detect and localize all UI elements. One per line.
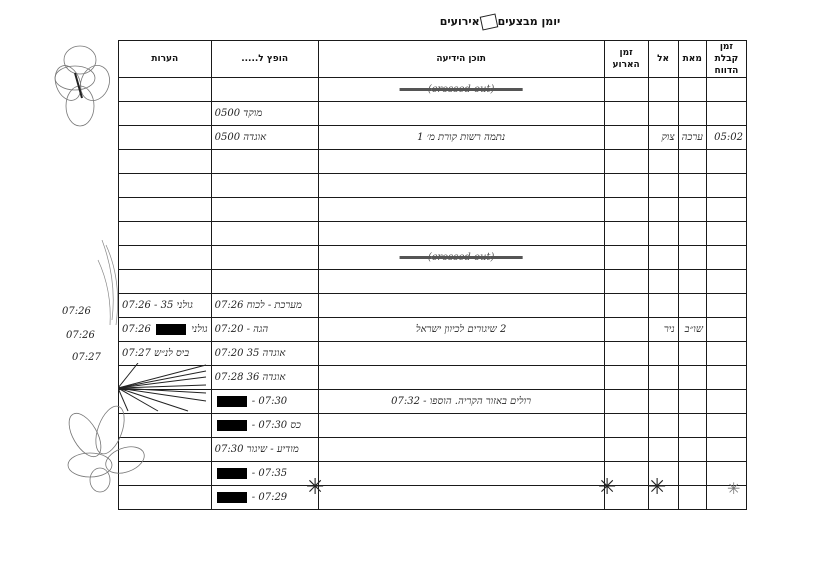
cell-event-time: [604, 174, 648, 198]
cell-from: [678, 246, 706, 270]
x-mark-icon: ✳: [648, 477, 666, 499]
cell-event-time: [604, 198, 648, 222]
table-row: שו״בניר2 שיגורים לכיוון ישראל07:20 - הגה…: [119, 318, 747, 342]
cell-distributed-to: [211, 78, 318, 102]
header-report-time: זמן קבלת הדווח: [706, 41, 746, 78]
cell-event-time: [604, 126, 648, 150]
cell-notes: גולני 35 - 07:26: [119, 294, 212, 318]
cell-report-time: [706, 414, 746, 438]
cell-from: [678, 198, 706, 222]
table-row: ~~~ (crossed out) ~~~: [119, 246, 747, 270]
cell-notes: [119, 78, 212, 102]
cell-from: [678, 366, 706, 390]
cell-from: [678, 102, 706, 126]
cell-distributed-to: [211, 150, 318, 174]
title-text-1: יומן מבצעים: [498, 15, 561, 28]
cell-notes: [119, 270, 212, 294]
redaction-block: [217, 468, 247, 479]
cell-to: [648, 246, 678, 270]
cell-content-text: ~~~ (crossed out) ~~~: [400, 252, 523, 263]
cell-notes: גולני 07:26: [119, 318, 212, 342]
cell-content: [318, 150, 604, 174]
cell-from-text: ערכה: [682, 132, 703, 143]
cell-event-time: [604, 414, 648, 438]
margin-note: 07:27: [72, 352, 101, 363]
cell-event-time: [604, 318, 648, 342]
cell-from: [678, 462, 706, 486]
cell-from: [678, 438, 706, 462]
cell-content: [318, 102, 604, 126]
cell-distributed-to-text: 07:28 אוגדה 36: [215, 372, 286, 383]
cell-distributed-to: - 07:30: [211, 390, 318, 414]
cell-content: נתמה רשות קורת מ׳ 1: [318, 126, 604, 150]
cell-from: [678, 390, 706, 414]
cell-event-time: [604, 270, 648, 294]
table-row: מוקד 0500: [119, 102, 747, 126]
x-mark-icon: ✳: [306, 477, 324, 499]
cell-distributed-to: [211, 246, 318, 270]
cell-from: שו״ב: [678, 318, 706, 342]
cell-report-time-text: 05:02: [714, 132, 743, 143]
cell-content: [318, 462, 604, 486]
cell-to: [648, 222, 678, 246]
cell-distributed-to-text: 07:20 - הגה: [215, 324, 269, 335]
cell-to: [648, 198, 678, 222]
redaction-block: [217, 492, 247, 503]
cell-to-text: צוק: [661, 132, 674, 143]
page-title: יומן מבצעיםאירועים: [430, 15, 570, 29]
table-row: מערכת - לכוח 07:26גולני 35 - 07:26: [119, 294, 747, 318]
redaction-block: [156, 324, 186, 335]
cell-content: [318, 222, 604, 246]
cell-to: ניר: [648, 318, 678, 342]
cell-content: ~~~ (crossed out) ~~~: [318, 78, 604, 102]
cell-report-time: [706, 390, 746, 414]
table-row: [119, 150, 747, 174]
cell-content: [318, 294, 604, 318]
cell-to: [648, 366, 678, 390]
table-row: רולים באזור הקריה. הוספו - 07:32 - 07:30: [119, 390, 747, 414]
cell-from: [678, 486, 706, 510]
cell-to: [648, 414, 678, 438]
cell-from: [678, 294, 706, 318]
cell-to: [648, 438, 678, 462]
cell-report-time: [706, 222, 746, 246]
cell-distributed-to-text: מוקד 0500: [215, 108, 263, 119]
cell-report-time: [706, 246, 746, 270]
cell-distributed-to: - 07:35: [211, 462, 318, 486]
table-row: - 07:30 כס: [119, 414, 747, 438]
flower-doodle-bottom-icon: [55, 395, 155, 495]
cell-to: [648, 102, 678, 126]
cell-distributed-to: [211, 222, 318, 246]
cell-notes: [119, 126, 212, 150]
table-row: 05:02ערכהצוקנתמה רשות קורת מ׳ 1אוגדה 050…: [119, 126, 747, 150]
cell-report-time: [706, 366, 746, 390]
cell-distributed-to-text: אוגדה 0500: [215, 132, 267, 143]
cell-report-time: [706, 150, 746, 174]
table-row: [119, 174, 747, 198]
x-mark-icon: ✳: [598, 477, 616, 499]
cell-to: [648, 294, 678, 318]
cell-from: [678, 150, 706, 174]
cell-distributed-to: - 07:29: [211, 486, 318, 510]
cell-content: [318, 438, 604, 462]
cell-notes: [119, 222, 212, 246]
cell-event-time: [604, 150, 648, 174]
header-content: תוכן הידיעה: [318, 41, 604, 78]
cell-report-time: [706, 102, 746, 126]
redaction-block: [217, 396, 247, 407]
cell-event-time: [604, 102, 648, 126]
cell-report-time: [706, 78, 746, 102]
table-row: [119, 222, 747, 246]
cell-content-text: נתמה רשות קורת מ׳ 1: [417, 132, 505, 143]
table-row: 07:20 אוגדה 35ביס לנ״ש 07:27: [119, 342, 747, 366]
cell-event-time: [604, 222, 648, 246]
cell-distributed-to: [211, 270, 318, 294]
cell-notes: [119, 102, 212, 126]
header-from: מאת: [678, 41, 706, 78]
cell-from: ערכה: [678, 126, 706, 150]
margin-note: 07:26: [62, 306, 91, 317]
cell-report-time: [706, 294, 746, 318]
cell-content: [318, 198, 604, 222]
margin-note: 07:26: [66, 330, 95, 341]
cell-to: [648, 390, 678, 414]
cell-from: [678, 78, 706, 102]
cell-report-time: [706, 342, 746, 366]
cell-report-time: [706, 318, 746, 342]
table-row: ~~~ (crossed out) ~~~: [119, 78, 747, 102]
cell-distributed-to: מודיע - שיגור 07:30: [211, 438, 318, 462]
cell-distributed-to: 07:28 אוגדה 36: [211, 366, 318, 390]
cell-notes-text: גולני 35 - 07:26: [122, 300, 193, 311]
table-row: [119, 198, 747, 222]
cell-from: [678, 222, 706, 246]
cell-notes: [119, 150, 212, 174]
header-event-time: זמן הארוע: [604, 41, 648, 78]
cell-distributed-to: מוקד 0500: [211, 102, 318, 126]
cell-event-time: [604, 294, 648, 318]
flower-doodle-icon: [50, 38, 120, 133]
cell-notes: ביס לנ״ש 07:27: [119, 342, 212, 366]
cell-content-text: רולים באזור הקריה. הוספו - 07:32: [391, 396, 531, 407]
cell-report-time: [706, 438, 746, 462]
cell-content: 2 שיגורים לכיוון ישראל: [318, 318, 604, 342]
title-text-2: אירועים: [440, 15, 480, 28]
table-row: מודיע - שיגור 07:30: [119, 438, 747, 462]
cell-content: ~~~ (crossed out) ~~~: [318, 246, 604, 270]
triangle-stamp-icon: [479, 13, 498, 30]
cell-content-text: 2 שיגורים לכיוון ישראל: [416, 324, 506, 335]
cell-content: [318, 342, 604, 366]
cell-from: [678, 174, 706, 198]
cell-distributed-to-text: מודיע - שיגור 07:30: [215, 444, 299, 455]
cell-from: [678, 342, 706, 366]
cell-to: [648, 342, 678, 366]
cell-to: צוק: [648, 126, 678, 150]
events-log-table: זמן קבלת הדווח מאת אל זמן הארוע תוכן היד…: [118, 40, 747, 510]
x-mark-icon: ✳: [727, 481, 740, 497]
cell-event-time: [604, 366, 648, 390]
cell-to: [648, 270, 678, 294]
cell-to: [648, 174, 678, 198]
cell-from-text: שו״ב: [685, 324, 703, 335]
cell-content: [318, 174, 604, 198]
cell-content: [318, 486, 604, 510]
cell-content: [318, 270, 604, 294]
leaf-doodle-icon: [92, 240, 122, 330]
cell-distributed-to: 07:20 - הגה: [211, 318, 318, 342]
cell-report-time: 05:02: [706, 126, 746, 150]
cell-from: [678, 414, 706, 438]
cell-distributed-to-text: מערכת - לכוח 07:26: [215, 300, 302, 311]
cell-event-time: [604, 438, 648, 462]
header-to: אל: [648, 41, 678, 78]
cell-from: [678, 270, 706, 294]
cell-event-time: [604, 246, 648, 270]
cell-event-time: [604, 342, 648, 366]
cell-to: [648, 78, 678, 102]
cell-notes: [119, 198, 212, 222]
cell-to-text: ניר: [664, 324, 675, 335]
cell-distributed-to: [211, 198, 318, 222]
cell-report-time: [706, 270, 746, 294]
cell-content: [318, 414, 604, 438]
cell-notes: [119, 246, 212, 270]
cell-notes-text: ביס לנ״ש 07:27: [122, 348, 189, 359]
cell-distributed-to-text: 07:20 אוגדה 35: [215, 348, 286, 359]
table-row: [119, 270, 747, 294]
cell-content: רולים באזור הקריה. הוספו - 07:32: [318, 390, 604, 414]
cell-distributed-to: - 07:30 כס: [211, 414, 318, 438]
redaction-block: [217, 420, 247, 431]
header-notes: הערות: [119, 41, 212, 78]
cell-notes: [119, 174, 212, 198]
cell-report-time: [706, 198, 746, 222]
cell-to: [648, 150, 678, 174]
header-distributed-to: הופץ ל.....: [211, 41, 318, 78]
cell-content-text: ~~~ (crossed out) ~~~: [400, 84, 523, 95]
header-row: זמן קבלת הדווח מאת אל זמן הארוע תוכן היד…: [119, 41, 747, 78]
table-row: 07:28 אוגדה 36: [119, 366, 747, 390]
cell-distributed-to: [211, 174, 318, 198]
cell-content: [318, 366, 604, 390]
cell-distributed-to: אוגדה 0500: [211, 126, 318, 150]
cell-event-time: [604, 78, 648, 102]
cell-event-time: [604, 390, 648, 414]
cell-distributed-to: מערכת - לכוח 07:26: [211, 294, 318, 318]
cell-distributed-to: 07:20 אוגדה 35: [211, 342, 318, 366]
cell-report-time: [706, 174, 746, 198]
